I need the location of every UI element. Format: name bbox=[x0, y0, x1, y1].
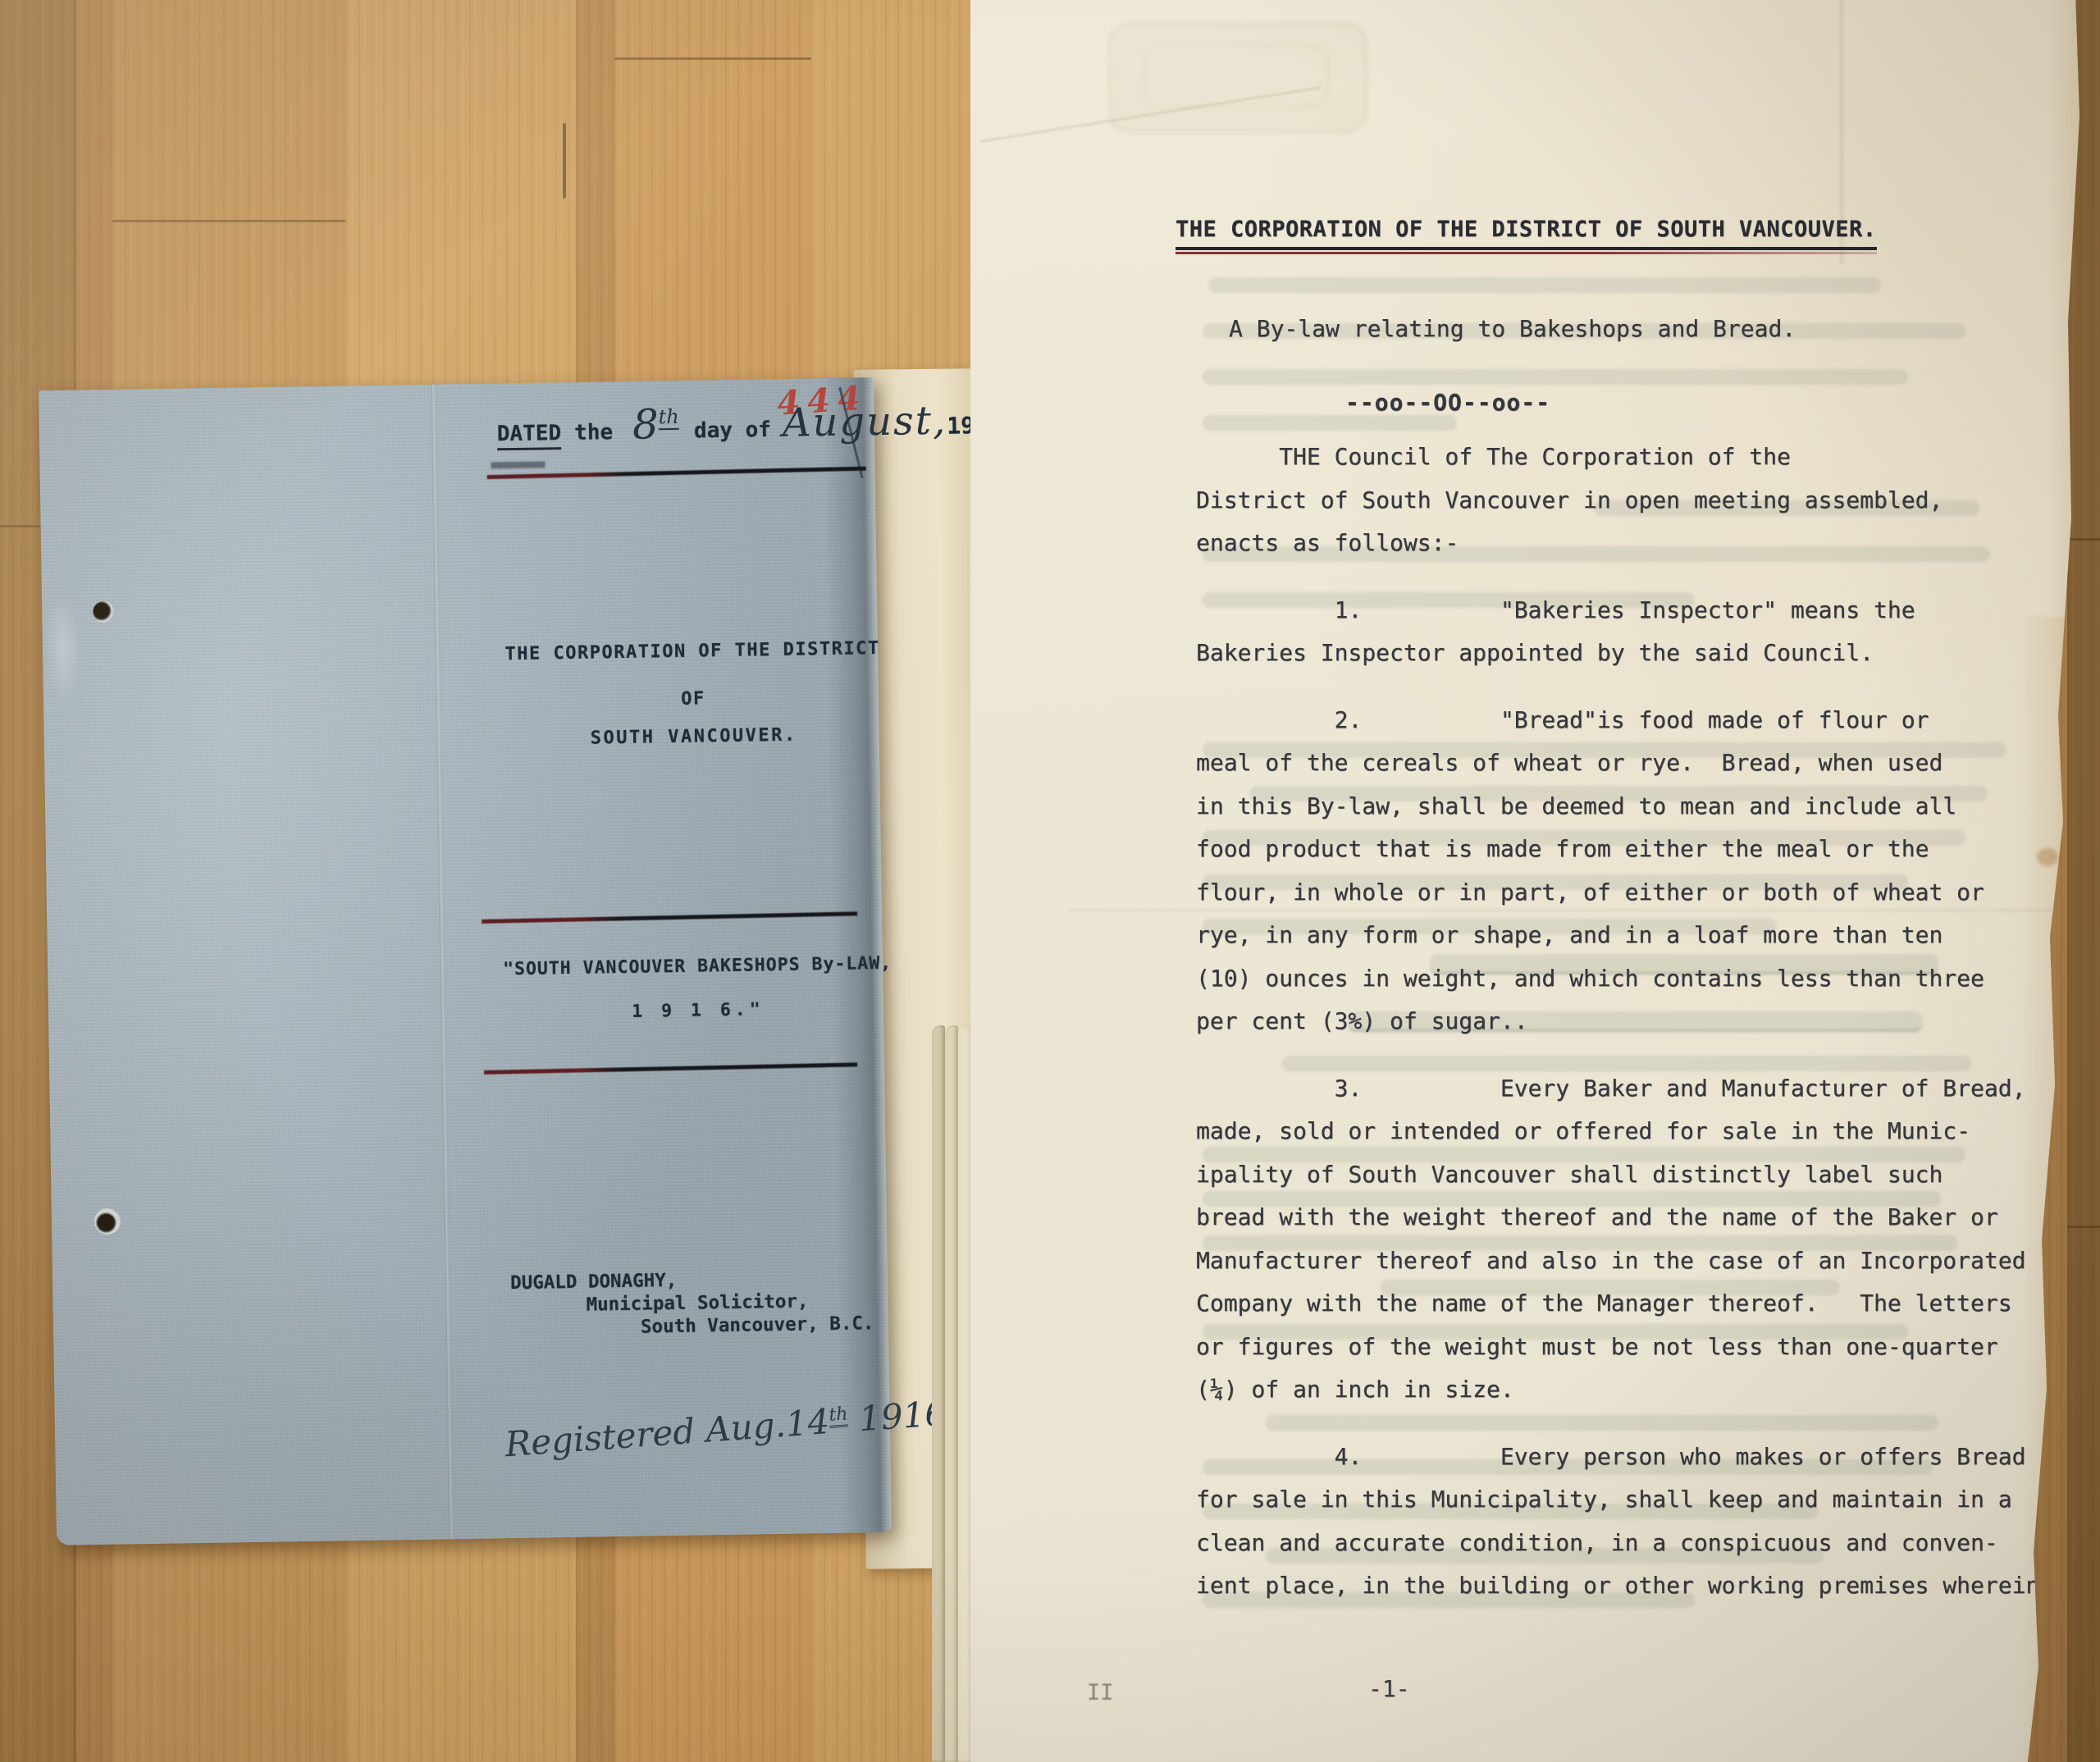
typed-text-line: THE Council of The Corporation of the bbox=[1196, 443, 2039, 486]
typed-text-line: made, sold or intended or offered for sa… bbox=[1196, 1117, 2039, 1161]
cover-scuff-mark bbox=[45, 595, 81, 702]
cover-rule-middle-bottom bbox=[484, 1062, 857, 1075]
photo-of-bylaw-documents: 444 DATED the 8th day of August, 1916 TH… bbox=[0, 0, 2100, 1762]
stray-ink-mark: II bbox=[1087, 1680, 1114, 1705]
punch-hole-bottom bbox=[94, 1208, 121, 1235]
typed-text-line: ient place, in the building or other wor… bbox=[1196, 1572, 2039, 1615]
typed-text-line bbox=[1196, 1051, 2039, 1075]
typed-text-line: meal of the cereals of wheat or rye. Bre… bbox=[1196, 749, 2039, 792]
typed-text-line: 1. "Bakeries Inspector" means the bbox=[1196, 596, 2039, 640]
typed-text-line: 4. Every person who makes or offers Brea… bbox=[1196, 1443, 2039, 1486]
signatory-name: DUGALD DONAGHY, bbox=[510, 1270, 678, 1294]
typed-text-line: Bakeries Inspector appointed by the said… bbox=[1196, 639, 2039, 682]
typed-text-line: rye, in any form or shape, and in a loaf… bbox=[1196, 921, 2039, 965]
print-smudge bbox=[491, 461, 545, 468]
typed-body: THE Council of The Corporation of theDis… bbox=[1196, 443, 2039, 1615]
typed-text-line: per cent (3%) of sugar.. bbox=[1196, 1007, 2039, 1051]
the-word: the bbox=[574, 420, 613, 445]
paper-watermark-emboss bbox=[1108, 23, 1367, 133]
wood-grain bbox=[2067, 0, 2100, 1762]
wood-plank-joint bbox=[112, 220, 346, 222]
page-header-text: THE CORPORATION OF THE DISTRICT OF SOUTH… bbox=[1176, 217, 1877, 250]
page-header-red-underline bbox=[1176, 252, 1877, 254]
typed-text-line bbox=[1196, 682, 2039, 706]
typed-text-line: 2. "Bread"is food made of flour or bbox=[1196, 706, 2039, 750]
typed-text-line: in this By-law, shall be deemed to mean … bbox=[1196, 792, 2039, 836]
day-of-words: day of bbox=[694, 418, 771, 443]
cover-rule-top bbox=[487, 467, 866, 479]
typed-text-line: bread with the weight thereof and the na… bbox=[1196, 1203, 2039, 1247]
wood-plank-joint bbox=[2067, 1226, 2100, 1228]
typed-text-line: Manufacturer thereof and also in the cas… bbox=[1196, 1247, 2039, 1290]
under-sheet-edge-1 bbox=[932, 1025, 945, 1762]
bylaw-page-1: THE CORPORATION OF THE DISTRICT OF SOUTH… bbox=[970, 0, 2086, 1762]
handwritten-day: 8th bbox=[632, 400, 683, 449]
page-header: THE CORPORATION OF THE DISTRICT OF SOUTH… bbox=[1176, 217, 1877, 254]
page-stain-spot bbox=[2037, 848, 2058, 866]
wood-knot bbox=[563, 123, 566, 199]
typed-text-line: District of South Vancouver in open meet… bbox=[1196, 486, 2039, 530]
bylaw-cover-document: 444 DATED the 8th day of August, 1916 TH… bbox=[39, 377, 892, 1545]
dated-word: DATED bbox=[497, 421, 562, 450]
ink-bleed-through-line bbox=[1203, 415, 1457, 431]
typed-text-line: for sale in this Municipality, shall kee… bbox=[1196, 1486, 2039, 1529]
wood-plank-joint bbox=[2067, 538, 2100, 541]
signatory-title: Municipal Solicitor, bbox=[586, 1290, 808, 1315]
under-sheet-edge-2 bbox=[945, 1025, 958, 1762]
typed-text-line: clean and accurate condition, in a consp… bbox=[1196, 1529, 2039, 1573]
typed-text-line: food product that is made from either th… bbox=[1196, 835, 2039, 879]
typed-text-line: (¼) of an inch in size. bbox=[1196, 1376, 2039, 1419]
ink-bleed-through-line bbox=[1208, 277, 1881, 293]
page-subtitle: A By-law relating to Bakeshops and Bread… bbox=[1229, 315, 1796, 342]
typed-text-line: or figures of the weight must be not les… bbox=[1196, 1333, 2039, 1376]
typed-text-line: enacts as follows:- bbox=[1196, 529, 2039, 573]
ink-bleed-through-line bbox=[1203, 369, 1908, 385]
typed-text-line: Company with the name of the Manager the… bbox=[1196, 1290, 2039, 1333]
typed-text-line: (10) ounces in weight, and which contain… bbox=[1196, 965, 2039, 1008]
handwritten-month: August, bbox=[782, 398, 947, 446]
typed-text-line bbox=[1196, 1419, 2039, 1443]
wood-plank-joint bbox=[614, 57, 811, 60]
page-number: -1- bbox=[1368, 1675, 1410, 1702]
cover-rule-middle-top bbox=[482, 911, 857, 924]
dated-line: DATED the 8th day of August, 1916 bbox=[496, 395, 1002, 451]
typed-text-line bbox=[1196, 573, 2039, 596]
typed-text-line: 3. Every Baker and Manufacturer of Bread… bbox=[1196, 1075, 2039, 1118]
typed-text-line: ipality of South Vancouver shall distinc… bbox=[1196, 1161, 2039, 1204]
signatory-place: South Vancouver, B.C. bbox=[641, 1312, 874, 1337]
punch-hole-top bbox=[93, 601, 114, 623]
section-divider-ornament: --oo--OO--oo-- bbox=[1345, 389, 1550, 416]
typed-text-line: flour, in whole or in part, of either or… bbox=[1196, 879, 2039, 922]
